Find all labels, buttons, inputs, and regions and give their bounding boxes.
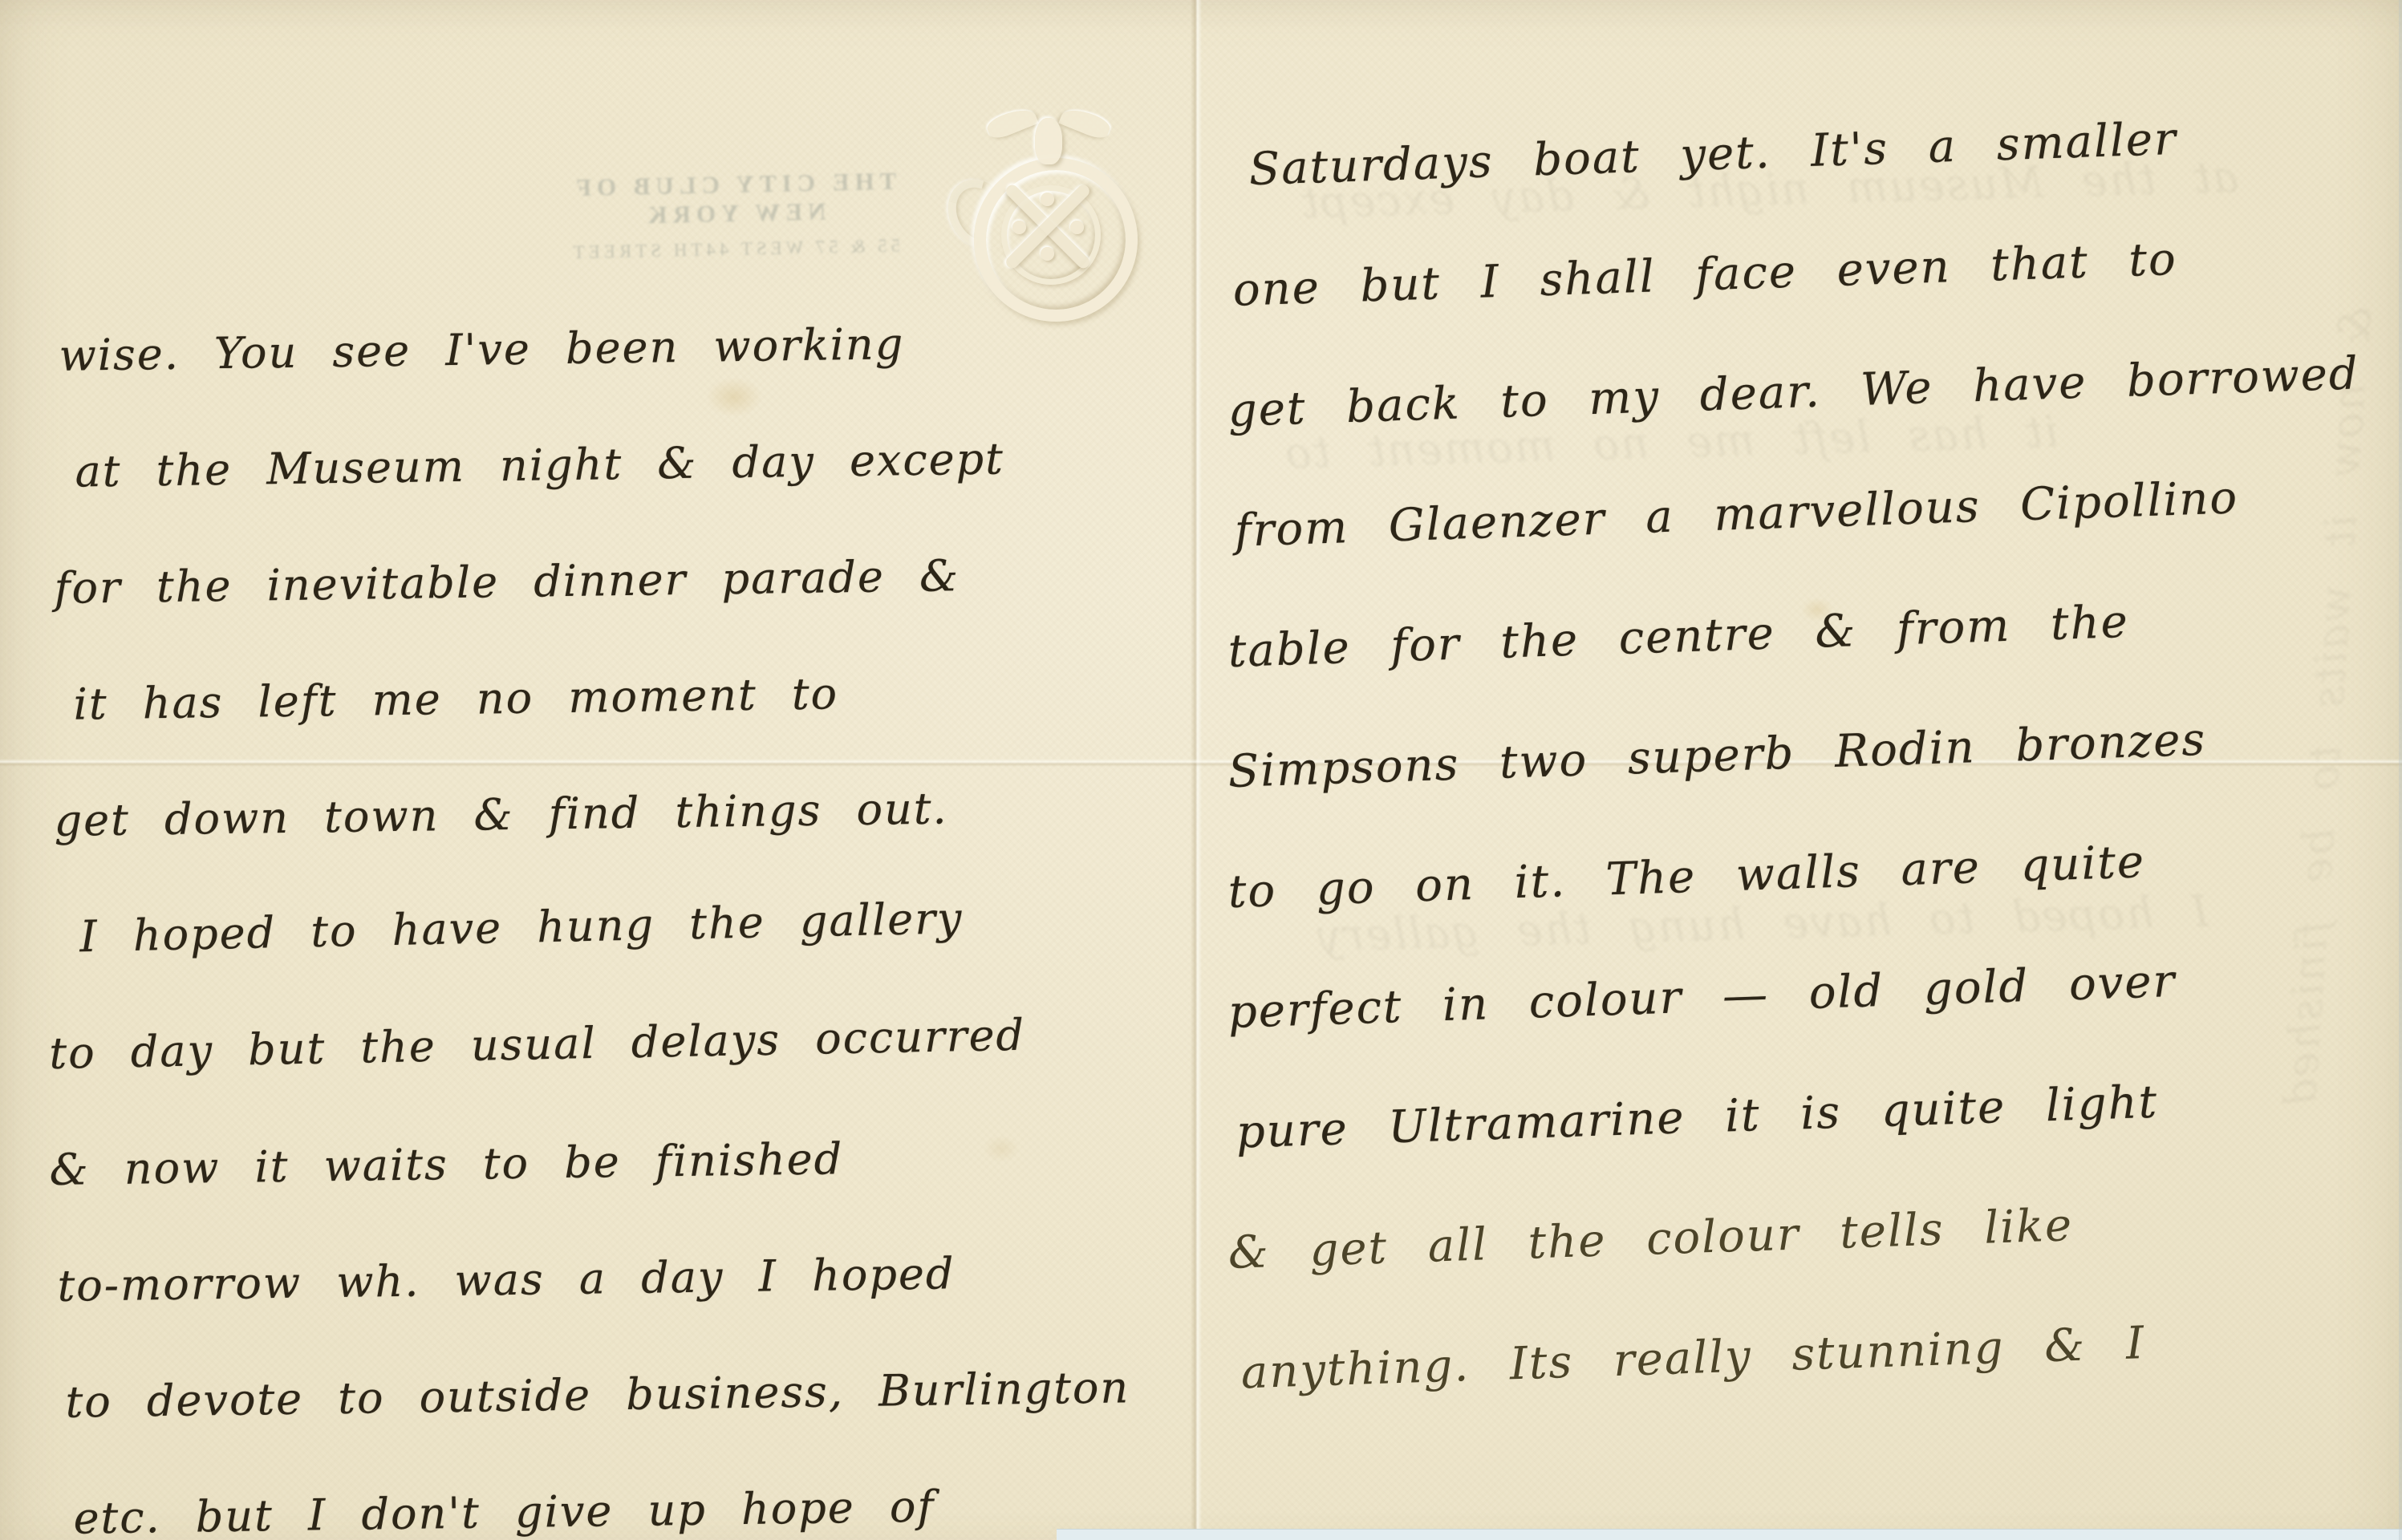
seal-dot-icon <box>1012 221 1026 234</box>
handwritten-line: to-morrow wh. was a day I hoped <box>48 1179 1173 1311</box>
handwritten-line: to day but the usual delays occurred <box>47 941 1173 1079</box>
seal-dot-icon <box>1041 192 1054 206</box>
seal-eagle-body-icon <box>1035 118 1062 164</box>
letter-page-right: Saturdays boat yet. It's a smaller one b… <box>1229 76 2392 1400</box>
seal-dot-icon <box>1070 221 1084 234</box>
handwritten-line: it has left me no moment to <box>48 598 1173 730</box>
scanner-edge-strip <box>1057 1529 2402 1540</box>
letter-page-left: wise. You see I've been working at the M… <box>50 265 1173 1540</box>
handwritten-line: & now it waits to be finished <box>48 1063 1173 1195</box>
handwritten-line: wise. You see I've been working <box>48 249 1173 381</box>
seal-eagle-wing-icon <box>1058 103 1112 141</box>
handwritten-line: at the Museum night & day except <box>48 365 1173 497</box>
handwritten-line: for the inevitable dinner parade & <box>48 481 1173 614</box>
vertical-fold-crease <box>1191 0 1202 1540</box>
scanner-edge-line <box>2399 0 2402 1540</box>
letter-scan-sheet: THE CITY CLUB OF NEW YORK 55 & 57 WEST 4… <box>0 0 2402 1540</box>
handwritten-line: to devote to outside business, Burlingto… <box>48 1295 1173 1428</box>
letterhead-showthrough: THE CITY CLUB OF NEW YORK 55 & 57 WEST 4… <box>533 166 935 264</box>
handwritten-line: etc. but I don't give up hope of <box>48 1412 1173 1540</box>
seal-eagle-wing-icon <box>984 103 1038 141</box>
letterhead-club-name: THE CITY CLUB OF NEW YORK <box>533 166 935 232</box>
handwritten-line: I hoped to have hung the gallery <box>47 823 1173 962</box>
